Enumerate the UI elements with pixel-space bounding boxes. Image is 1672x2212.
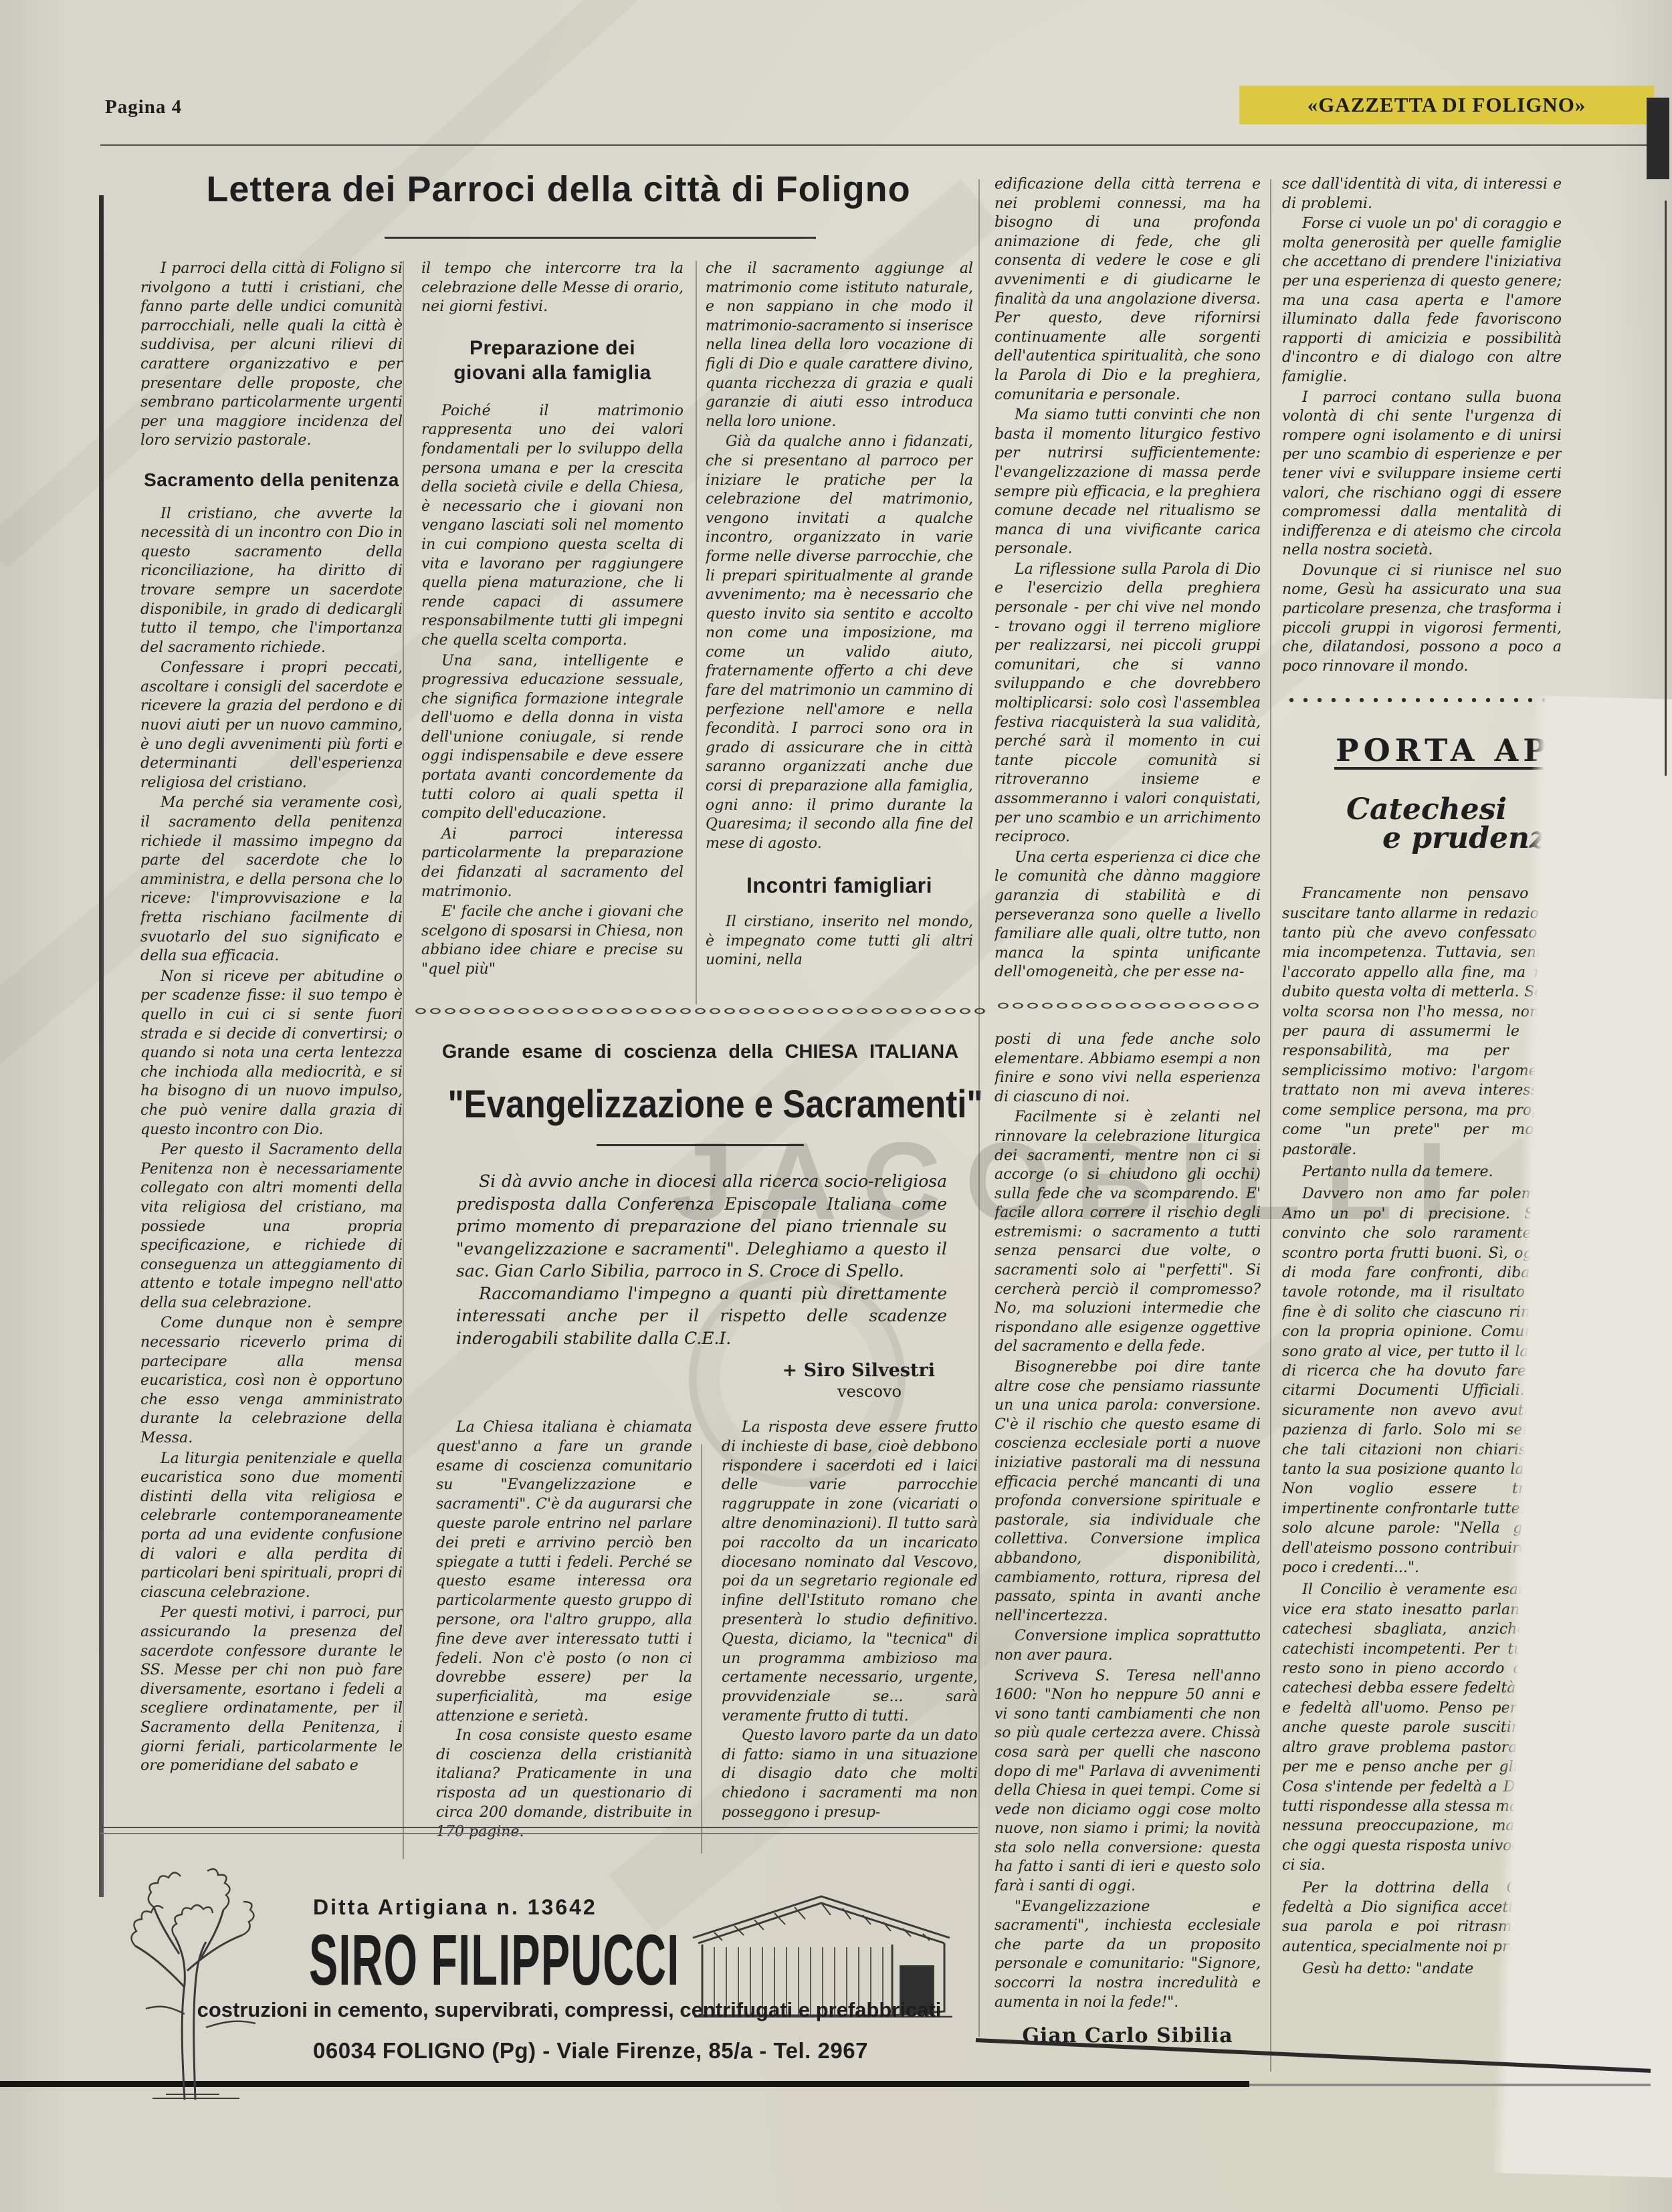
paragraph: edificazione della città terrena e nei p… (995, 175, 1261, 405)
column-4: edificazione della città terrena e nei p… (995, 175, 1261, 2052)
paragraph: posti di una fede anche solo elementare.… (995, 1030, 1261, 1107)
paragraph: Poiché il matrimonio rappresenta uno dei… (421, 402, 684, 651)
paragraph: Una certa esperienza ci dice che le comu… (995, 849, 1261, 982)
feature-column-right: La risposta deve essere frutto di inchie… (722, 1418, 978, 1842)
paragraph: Forse ci vuole un po' di coraggio e molt… (1282, 215, 1562, 386)
paragraph: Il cristiano, che avverte la necessità d… (140, 505, 403, 658)
paragraph: "Evangelizzazione e sacramenti", inchies… (995, 1898, 1261, 2013)
paragraph: che il sacramento aggiunge al matrimonio… (706, 259, 973, 431)
paragraph: Dovunque ci si riunisce nel suo nome, Ge… (1282, 562, 1562, 677)
masthead: «GAZZETTA DI FOLIGNO» (1239, 86, 1654, 124)
subhead-incontri-famigliari: Incontri famigliari (706, 876, 973, 895)
ad-top-rule (100, 1827, 978, 1828)
paragraph: Facilmente si è zelanti nel rinnovare la… (995, 1108, 1261, 1357)
col3-paragraphs-top: che il sacramento aggiunge al matrimonio… (706, 259, 973, 853)
column-2: il tempo che intercorre tra la celebrazi… (421, 259, 684, 1008)
ad-tagline: costruzioni in cemento, supervibrati, co… (164, 1998, 974, 2022)
paragraph: Questo lavoro parte da un dato di fatto:… (722, 1727, 978, 1823)
headline-underline (385, 237, 816, 239)
paragraph: La risposta deve essere frutto di inchie… (722, 1418, 978, 1727)
paragraph: Ma perché sia veramente così, il sacrame… (140, 794, 403, 966)
feature-column-left: La Chiesa italiana è chiamata quest'anno… (436, 1418, 692, 1842)
feature-byline: + Siro Silvestri (413, 1360, 935, 1381)
advertisement-siro-filippucci: Ditta Artigiana n. 13642 SIRO FILIPPUCCI… (100, 1827, 978, 2100)
col3-paragraphs-bottom: Il cirstiano, inserito nel mondo, è impe… (706, 913, 973, 970)
paragraph: Francamente non pensavo di suscitare tan… (1282, 884, 1562, 1159)
scan-edge-right (1665, 201, 1667, 776)
feature-title-underline (597, 1144, 804, 1146)
continuation-paragraph: il tempo che intercorre tra la celebrazi… (421, 259, 684, 317)
ad-company-name: SIRO FILIPPUCCI (309, 1918, 680, 2001)
paragraph: Il cirstiano, inserito nel mondo, è impe… (706, 913, 973, 970)
scan-corner-mark (1647, 98, 1669, 179)
ad-license-number: Ditta Artigiana n. 13642 (313, 1895, 597, 1920)
feature-columns: La Chiesa italiana è chiamata quest'anno… (436, 1418, 978, 1842)
col1-paragraphs: Il cristiano, che avverte la necessità d… (140, 505, 403, 1776)
ad-top-rule (100, 1833, 978, 1834)
feature-kicker: Grande esame di coscienza della CHIESA I… (413, 1041, 987, 1063)
porta-aperta-title: PORTA APERTA (1334, 741, 1562, 770)
feature-title: "Evangelizzazione e Sacramenti" (447, 1082, 952, 1127)
chain-divider (413, 1006, 987, 1016)
article-title: Lettera dei Parroci della città di Folig… (137, 169, 980, 210)
col5-paragraphs: sce dall'identità di vita, di interessi … (1282, 175, 1562, 676)
paragraph: Bisognerebbe poi dire tante altre cose c… (995, 1358, 1261, 1626)
column-rule (696, 261, 697, 1004)
paragraph: La Chiesa italiana è chiamata quest'anno… (436, 1418, 692, 1727)
col4-paragraphs-bottom: posti di una fede anche solo elementare.… (995, 1030, 1261, 2012)
paragraph: Una sana, intelligente e progressiva edu… (421, 652, 684, 824)
subhead-sacramento-della-penitenza: Sacramento della penitenza (140, 471, 403, 490)
tree-illustration (106, 1860, 273, 2101)
feature-intro-paragraph: Si dà avvio anche in diocesi alla ricerc… (456, 1170, 947, 1283)
paragraph: Conversione implica soprattutto non aver… (995, 1627, 1261, 1665)
bead-divider (1285, 696, 1556, 705)
column-1: I parroci della città di Foligno si rivo… (140, 259, 403, 1861)
col4-paragraphs-top: edificazione della città terrena e nei p… (995, 175, 1261, 982)
feature-intro: Si dà avvio anche in diocesi alla ricerc… (456, 1170, 947, 1349)
paragraph: Come dunque non è sempre necessario rice… (140, 1314, 403, 1448)
newspaper-page: JACOBILLI Pagina 4 «GAZZETTA DI FOLIGNO»… (0, 0, 1672, 2212)
paragraph: Ai parroci interessa particolarmente la … (421, 825, 684, 901)
chain-divider (996, 1001, 1259, 1010)
intro-paragraph: I parroci della città di Foligno si rivo… (140, 259, 403, 451)
column-rule (978, 179, 980, 2037)
paragraph: Per questi motivi, i parroci, pur assicu… (140, 1603, 403, 1775)
paragraph: Scriveva S. Teresa nell'anno 1600: "Non … (995, 1667, 1261, 1896)
paragraph: La riflessione sulla Parola di Dio e l'e… (995, 560, 1261, 847)
col2-paragraphs: Poiché il matrimonio rappresenta uno dei… (421, 402, 684, 980)
paragraph: Non si riceve per abitudine o per scaden… (140, 968, 403, 1139)
page-bottom-rule-faint (1249, 2084, 1651, 2086)
paragraph: Confessare i propri peccati, ascoltare i… (140, 659, 403, 792)
feature-intro-paragraph: Raccomandiamo l'impegno a quanti più dir… (456, 1283, 947, 1350)
feature-byline-role: vescovo (413, 1382, 902, 1401)
paragraph: E' facile che anche i giovani che scelgo… (421, 903, 684, 979)
header-rule (100, 144, 1649, 146)
paragraph: Per questo il Sacramento della Penitenza… (140, 1141, 403, 1313)
paragraph: sce dall'identità di vita, di interessi … (1282, 175, 1562, 213)
column-3: che il sacramento aggiunge al matrimonio… (706, 259, 973, 1008)
paragraph: In cosa consiste questo esame di coscien… (436, 1727, 692, 1842)
scan-edge-left (99, 195, 104, 1897)
subhead-preparazione-giovani-famiglia: Preparazione dei giovani alla famiglia (441, 336, 663, 386)
ad-address: 06034 FOLIGNO (Pg) - Viale Firenze, 85/a… (313, 2038, 868, 2064)
column-rule (403, 261, 404, 1859)
paragraph: Ma siamo tutti convinti che non basta il… (995, 406, 1261, 559)
paragraph: La liturgia penitenziale e quella eucari… (140, 1450, 403, 1603)
column-rule (1270, 179, 1271, 2072)
paragraph: I parroci contano sulla buona volontà di… (1282, 389, 1562, 560)
page-number-label: Pagina 4 (105, 96, 182, 118)
paragraph: Già da qualche anno i fidanzati, che si … (706, 433, 973, 853)
column-rule (701, 1444, 702, 1854)
feature-article: Grande esame di coscienza della CHIESA I… (413, 1006, 987, 1864)
